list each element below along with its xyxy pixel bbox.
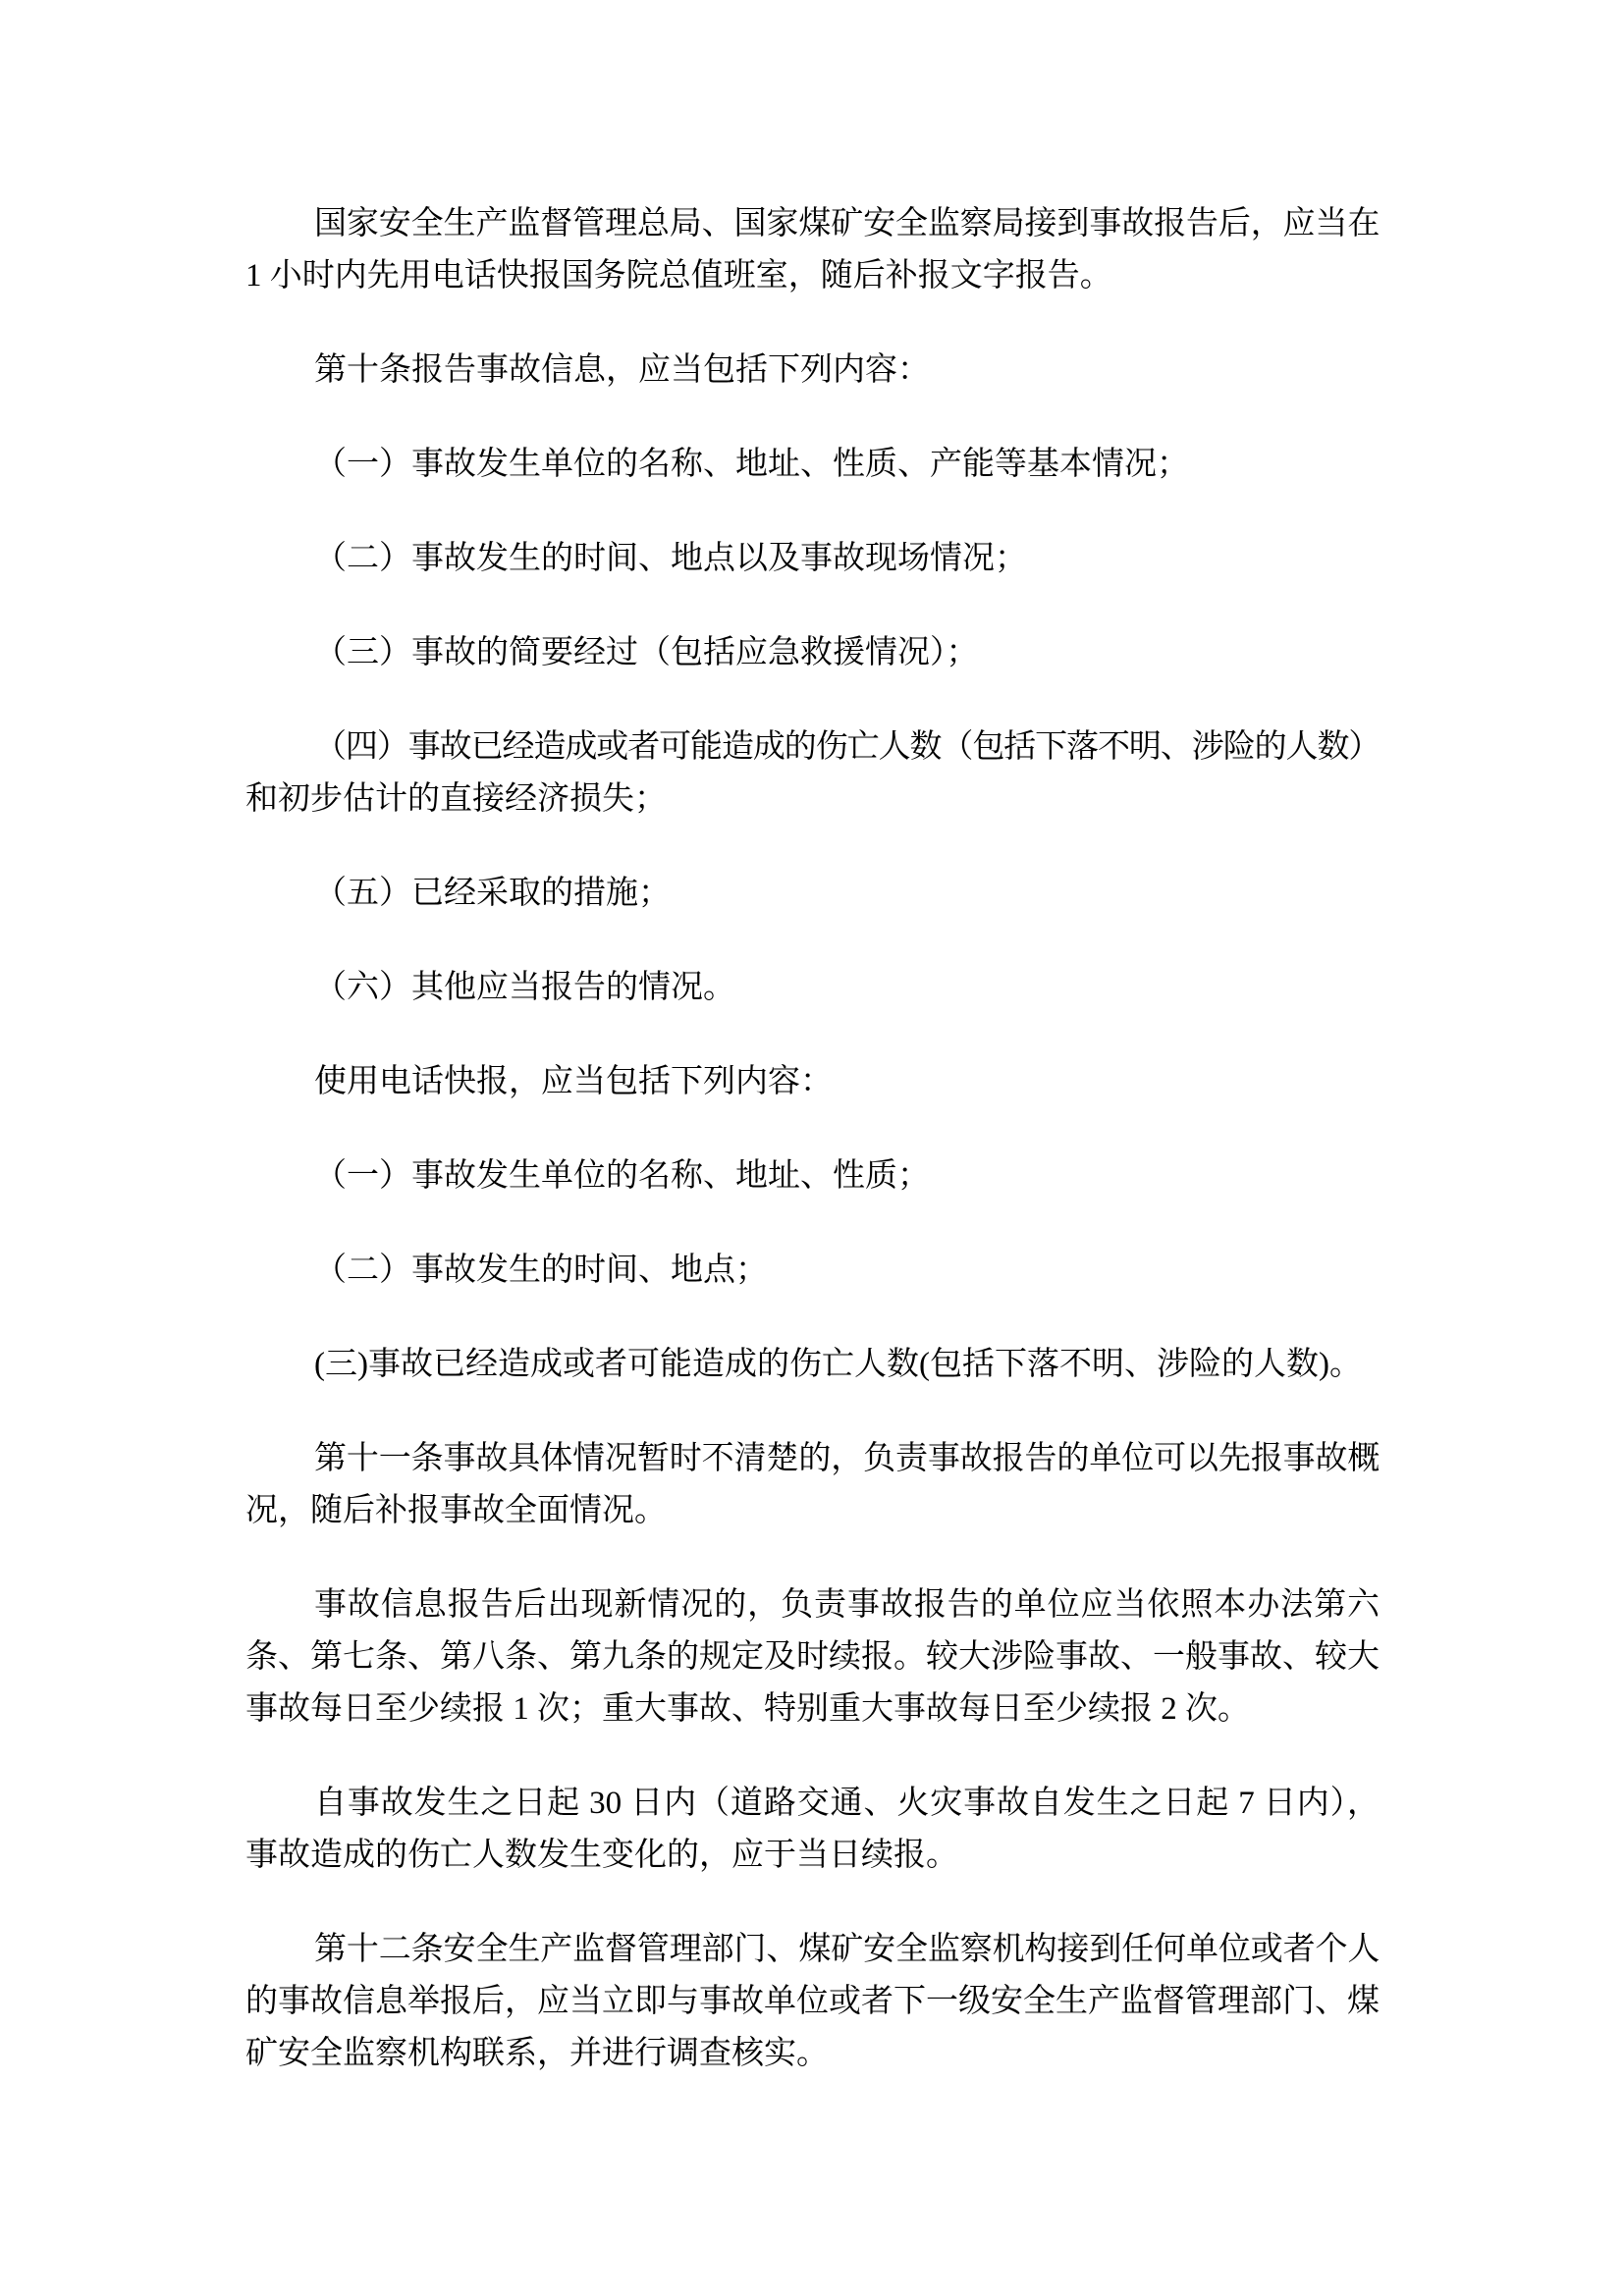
text-line: 国家安全生产监督管理总局、国家煤矿安全监察局接到事故报告后，应当在 [245,198,1380,250]
paragraph: （一）事故发生单位的名称、地址、性质； [245,1150,1380,1202]
paragraph: (三)事故已经造成或者可能造成的伤亡人数(包括下落不明、涉险的人数)。 [245,1339,1380,1391]
text-line: （五）已经采取的措施； [245,868,1380,920]
paragraph: 国家安全生产监督管理总局、国家煤矿安全监察局接到事故报告后，应当在1 小时内先用… [245,198,1380,302]
text-line: 的事故信息举报后，应当立即与事故单位或者下一级安全生产监督管理部门、煤 [245,1976,1380,2028]
paragraph: （四）事故已经造成或者可能造成的伤亡人数（包括下落不明、涉险的人数）和初步估计的… [245,721,1380,826]
text-line: （一）事故发生单位的名称、地址、性质、产能等基本情况； [245,439,1380,491]
paragraph: （二）事故发生的时间、地点以及事故现场情况； [245,533,1380,585]
text-line: 第十一条事故具体情况暂时不清楚的，负责事故报告的单位可以先报事故概 [245,1433,1380,1485]
text-line: 自事故发生之日起 30 日内（道路交通、火灾事故自发生之日起 7 日内）， [245,1778,1380,1830]
text-line: 第十二条安全生产监督管理部门、煤矿安全监察机构接到任何单位或者个人 [245,1924,1380,1976]
paragraph: 使用电话快报，应当包括下列内容： [245,1056,1380,1108]
text-line: 事故每日至少续报 1 次；重大事故、特别重大事故每日至少续报 2 次。 [245,1683,1380,1735]
text-line: （一）事故发生单位的名称、地址、性质； [245,1150,1380,1202]
text-line: (三)事故已经造成或者可能造成的伤亡人数(包括下落不明、涉险的人数)。 [245,1339,1380,1391]
paragraph: 第十二条安全生产监督管理部门、煤矿安全监察机构接到任何单位或者个人的事故信息举报… [245,1924,1380,2080]
paragraph: （六）其他应当报告的情况。 [245,962,1380,1014]
text-line: 况，随后补报事故全面情况。 [245,1485,1380,1537]
paragraph: （二）事故发生的时间、地点； [245,1245,1380,1297]
paragraph: 第十条报告事故信息，应当包括下列内容： [245,345,1380,397]
text-line: 第十条报告事故信息，应当包括下列内容： [245,345,1380,397]
paragraph: 第十一条事故具体情况暂时不清楚的，负责事故报告的单位可以先报事故概况，随后补报事… [245,1433,1380,1537]
text-line: （四）事故已经造成或者可能造成的伤亡人数（包括下落不明、涉险的人数） [245,721,1380,774]
document-page: 国家安全生产监督管理总局、国家煤矿安全监察局接到事故报告后，应当在1 小时内先用… [0,0,1624,2296]
paragraph: （三）事故的简要经过（包括应急救援情况）； [245,627,1380,679]
text-line: （三）事故的简要经过（包括应急救援情况）； [245,627,1380,679]
text-line: 条、第七条、第八条、第九条的规定及时续报。较大涉险事故、一般事故、较大 [245,1631,1380,1683]
paragraph: （一）事故发生单位的名称、地址、性质、产能等基本情况； [245,439,1380,491]
text-line: 事故造成的伤亡人数发生变化的，应于当日续报。 [245,1830,1380,1882]
text-line: （六）其他应当报告的情况。 [245,962,1380,1014]
paragraph: （五）已经采取的措施； [245,868,1380,920]
text-line: （二）事故发生的时间、地点； [245,1245,1380,1297]
text-line: 使用电话快报，应当包括下列内容： [245,1056,1380,1108]
paragraph: 自事故发生之日起 30 日内（道路交通、火灾事故自发生之日起 7 日内），事故造… [245,1778,1380,1882]
document-body: 国家安全生产监督管理总局、国家煤矿安全监察局接到事故报告后，应当在1 小时内先用… [245,198,1380,2122]
text-line: 事故信息报告后出现新情况的，负责事故报告的单位应当依照本办法第六 [245,1579,1380,1631]
text-line: 矿安全监察机构联系，并进行调查核实。 [245,2028,1380,2080]
paragraph: 事故信息报告后出现新情况的，负责事故报告的单位应当依照本办法第六条、第七条、第八… [245,1579,1380,1735]
text-line: （二）事故发生的时间、地点以及事故现场情况； [245,533,1380,585]
text-line: 1 小时内先用电话快报国务院总值班室，随后补报文字报告。 [245,250,1380,302]
text-line: 和初步估计的直接经济损失； [245,774,1380,826]
